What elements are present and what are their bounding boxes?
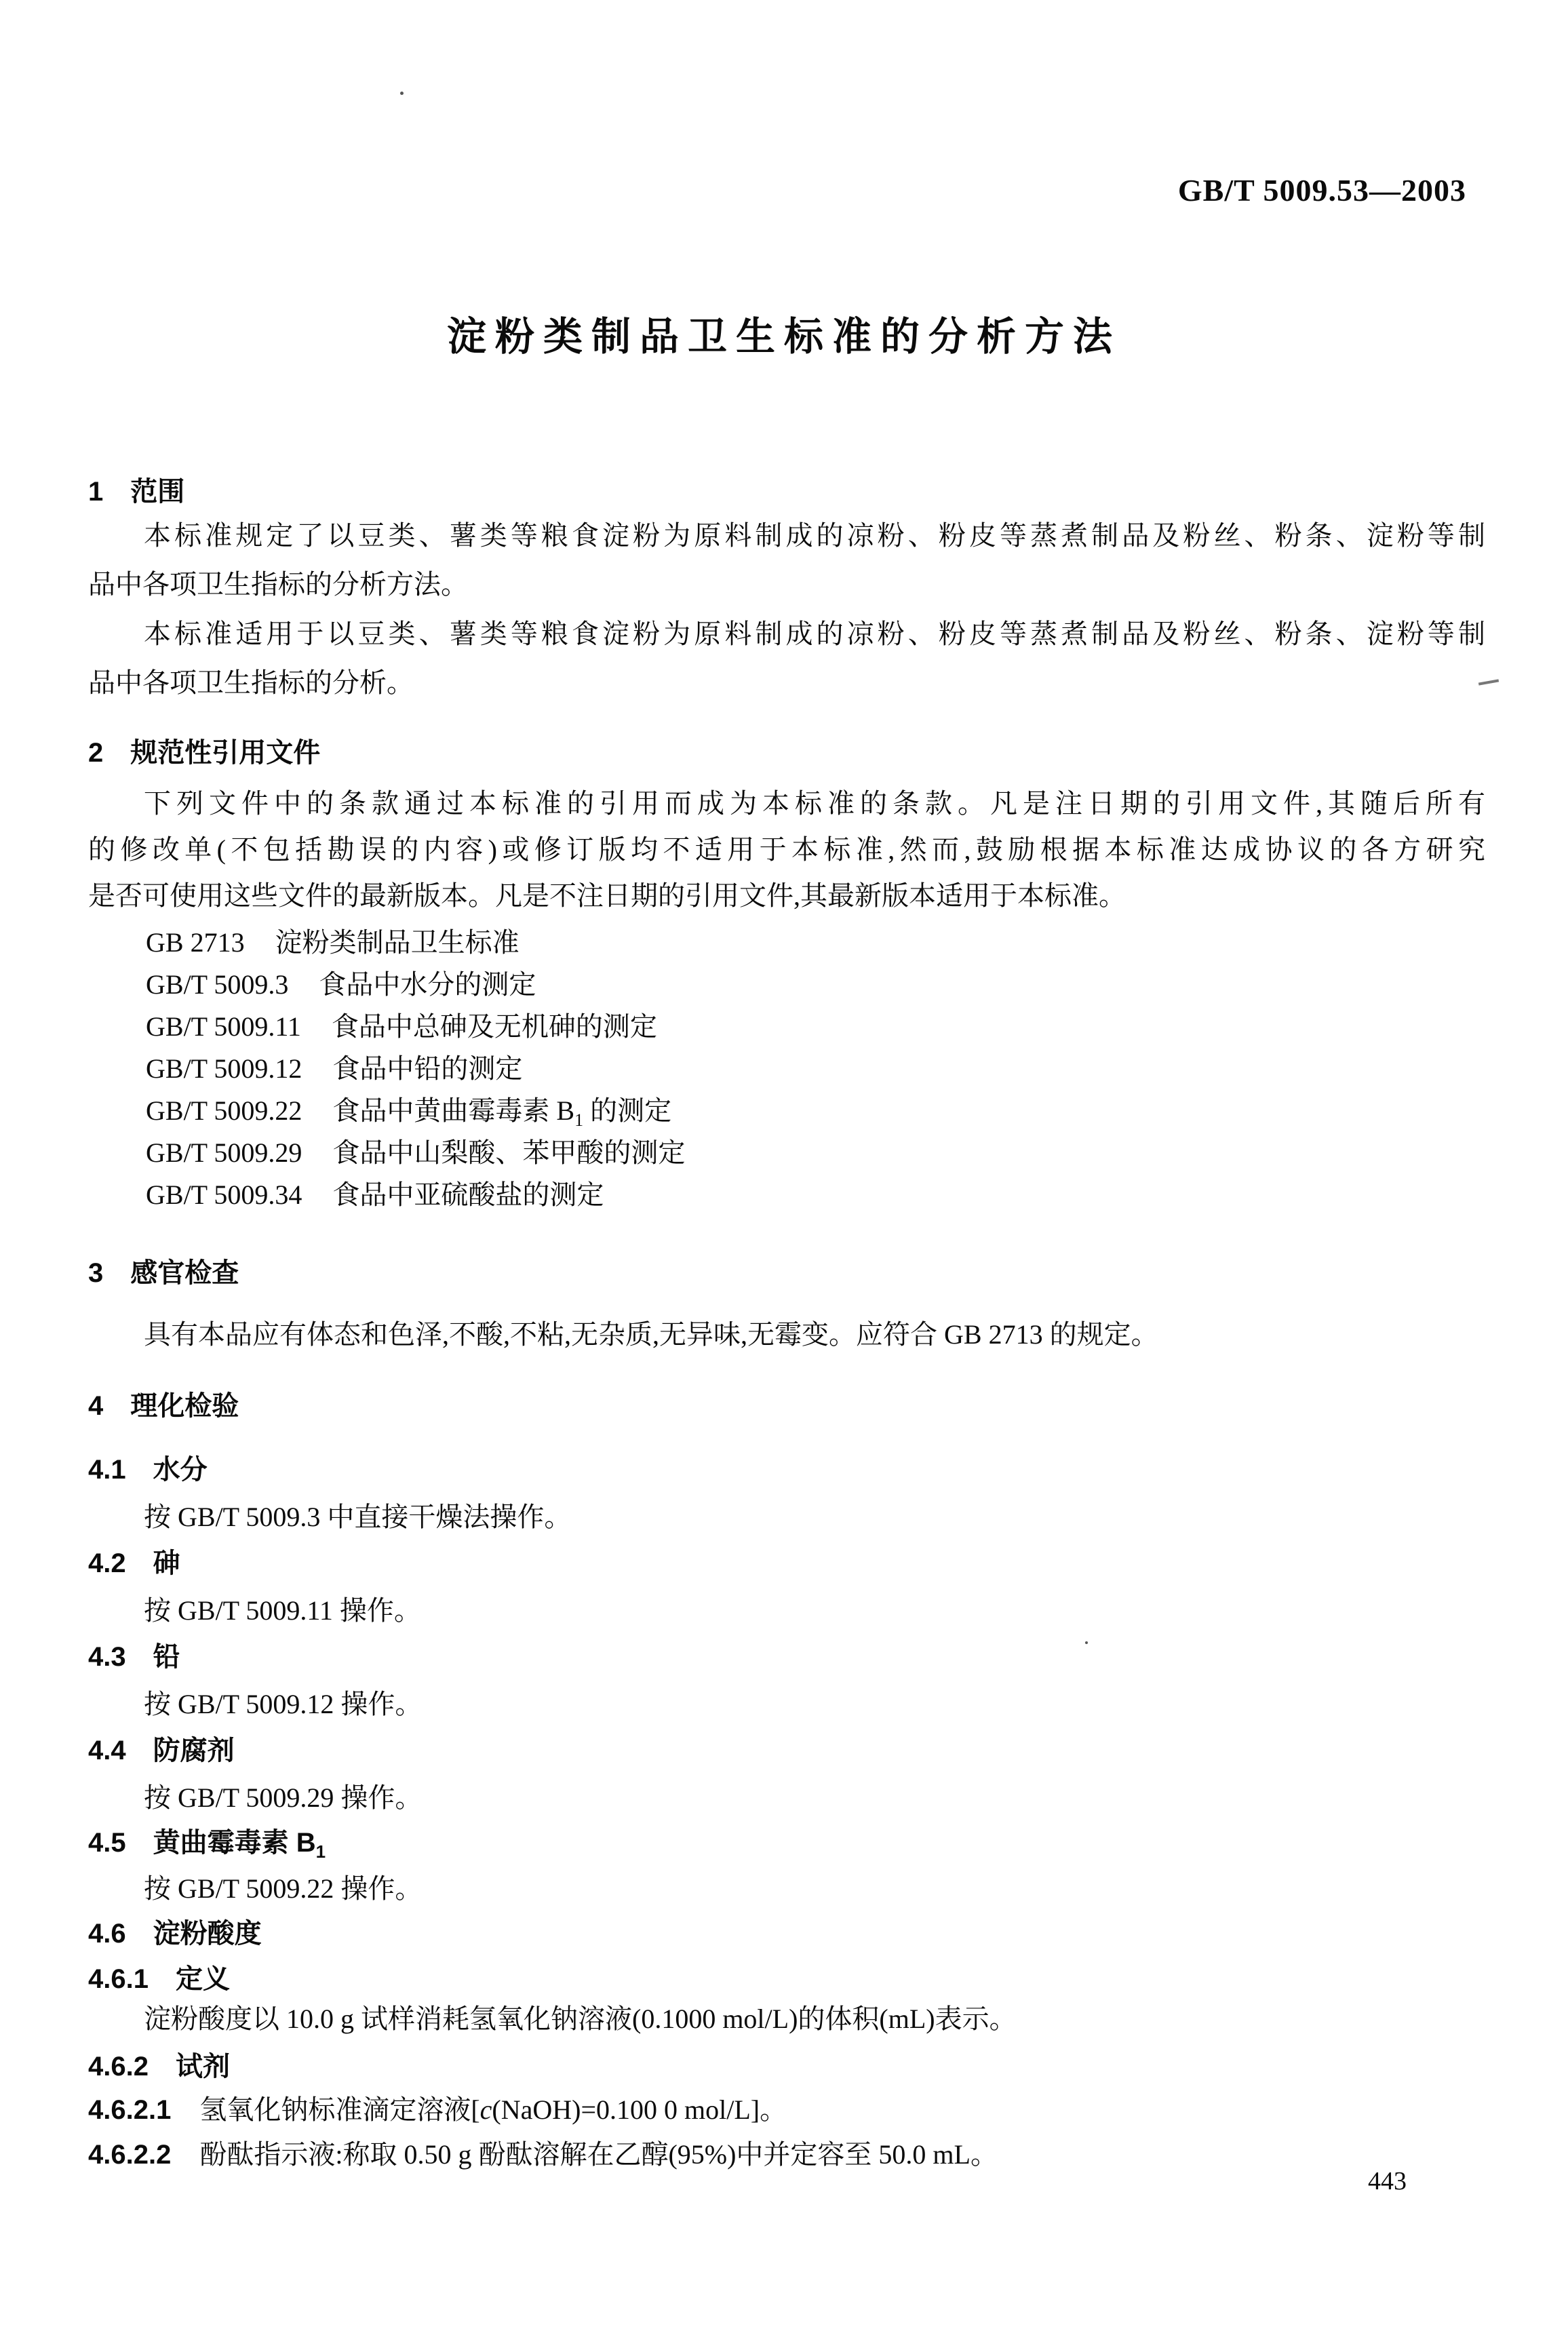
reference-title: 食品中总砷及无机砷的测定 [332,1011,657,1042]
document-page: GB/T 5009.53—2003 淀粉类制品卫生标准的分析方法 1范围 本标准… [0,0,1568,2325]
sensory-check-paragraph: 具有本品应有体态和色泽,不酸,不粘,无杂质,无异味,无霉变。应符合 GB 271… [88,1318,1485,1352]
standard-number: GB/T 5009.53—2003 [1178,172,1466,208]
clause-title: 砷 [153,1548,180,1578]
clause-text: 酚酞指示液:称取 0.50 g 酚酞溶解在乙醇(95%)中并定容至 50.0 m… [199,2139,998,2170]
clause-4-6-2-1: 4.6.2.1氢氧化钠标准滴定溶液[c(NaOH)=0.100 0 mol/L]… [88,2093,1485,2127]
reference-item: GB/T 5009.29食品中山梨酸、苯甲酸的测定 [146,1136,1543,1170]
reference-title: 食品中黄曲霉毒素 B1 的测定 [332,1095,671,1126]
scope-paragraph-1-line-2: 品中各项卫生指标的分析方法。 [88,568,1485,602]
section-4-6-1-heading: 4.6.1定义 [88,1962,1485,1996]
clause-4-6-1-text: 淀粉酸度以 10.0 g 试样消耗氢氧化钠溶液(0.1000 mol/L)的体积… [88,2002,1485,2036]
reference-code: GB 2713 [146,927,245,958]
section-4-5-heading: 4.5黄曲霉毒素 B1 [88,1826,1485,1860]
section-number: 2 [88,736,103,770]
section-3-heading: 3感官检查 [88,1256,1485,1290]
subscript: 1 [316,1841,326,1862]
clause-number: 4.4 [88,1734,126,1767]
reference-title-text: 的测定 [583,1095,671,1126]
reference-item: GB/T 5009.34食品中亚硫酸盐的测定 [146,1178,1543,1212]
reference-code: GB/T 5009.12 [146,1053,302,1084]
clause-4-6-2-2: 4.6.2.2酚酞指示液:称取 0.50 g 酚酞溶解在乙醇(95%)中并定容至… [88,2138,1485,2172]
section-1-heading: 1范围 [88,475,1485,509]
section-title: 感官检查 [130,1258,239,1288]
reference-code: GB/T 5009.29 [146,1137,302,1168]
page-number: 443 [1368,2166,1407,2196]
section-title: 理化检验 [130,1391,239,1421]
clause-4-3-text: 按 GB/T 5009.12 操作。 [88,1687,1485,1721]
section-title: 范围 [130,477,184,507]
reference-title: 食品中山梨酸、苯甲酸的测定 [332,1137,685,1168]
clause-number: 4.3 [88,1640,126,1674]
reference-title: 食品中水分的测定 [319,969,536,1000]
clause-title-text: 黄曲霉毒素 B [153,1828,316,1858]
clause-number: 4.6.2.2 [88,2138,171,2172]
clause-number: 4.6.1 [88,1962,149,1996]
reference-item: GB/T 5009.22食品中黄曲霉毒素 B1 的测定 [146,1094,1543,1128]
section-title: 规范性引用文件 [130,738,320,768]
reference-item: GB/T 5009.12食品中铅的测定 [146,1052,1543,1086]
clause-4-5-text: 按 GB/T 5009.22 操作。 [88,1872,1485,1906]
section-number: 4 [88,1389,103,1423]
clause-4-2-text: 按 GB/T 5009.11 操作。 [88,1594,1485,1628]
clause-title: 防腐剂 [153,1736,235,1765]
reference-code: GB/T 5009.34 [146,1179,302,1210]
reference-code: GB/T 5009.22 [146,1095,302,1126]
scope-paragraph-2-line-2: 品中各项卫生指标的分析。 [88,666,1485,700]
reference-title: 食品中亚硫酸盐的测定 [332,1179,604,1210]
clause-4-4-text: 按 GB/T 5009.29 操作。 [88,1781,1485,1815]
reference-title: 食品中铅的测定 [332,1053,522,1084]
reference-item: GB 2713淀粉类制品卫生标准 [146,926,1543,960]
reference-item: GB/T 5009.11食品中总砷及无机砷的测定 [146,1010,1543,1044]
scope-paragraph-2-line-1: 本标准适用于以豆类、薯类等粮食淀粉为原料制成的凉粉、粉皮等蒸煮制品及粉丝、粉条、… [88,617,1485,651]
clause-number: 4.1 [88,1453,126,1487]
references-intro-line-1: 下列文件中的条款通过本标准的引用而成为本标准的条款。凡是注日期的引用文件,其随后… [88,787,1485,821]
variable-c: c [480,2094,492,2125]
clause-title: 淀粉酸度 [153,1919,262,1949]
clause-text-part: 氢氧化钠标准滴定溶液[ [199,2094,479,2125]
clause-text-part: (NaOH)=0.100 0 mol/L]。 [492,2094,787,2125]
clause-title: 水分 [153,1455,208,1485]
scan-speck [400,92,404,95]
clause-number: 4.6 [88,1917,126,1951]
clause-number: 4.5 [88,1826,126,1860]
scope-paragraph-1-line-1: 本标准规定了以豆类、薯类等粮食淀粉为原料制成的凉粉、粉皮等蒸煮制品及粉丝、粉条、… [88,519,1485,553]
section-4-4-heading: 4.4防腐剂 [88,1734,1485,1767]
clause-number: 4.6.2.1 [88,2093,171,2127]
section-4-2-heading: 4.2砷 [88,1546,1485,1580]
document-title: 淀粉类制品卫生标准的分析方法 [0,313,1568,361]
section-4-heading: 4理化检验 [88,1389,1485,1423]
clause-4-1-text: 按 GB/T 5009.3 中直接干燥法操作。 [88,1500,1485,1534]
clause-title: 黄曲霉毒素 B1 [153,1828,326,1858]
section-number: 3 [88,1256,103,1290]
reference-code: GB/T 5009.11 [146,1011,301,1042]
clause-number: 4.2 [88,1546,126,1580]
section-4-6-heading: 4.6淀粉酸度 [88,1917,1485,1951]
clause-number: 4.6.2 [88,2050,149,2084]
section-number: 1 [88,475,103,509]
section-4-6-2-heading: 4.6.2试剂 [88,2050,1485,2084]
clause-text: 氢氧化钠标准滴定溶液[c(NaOH)=0.100 0 mol/L]。 [199,2094,787,2125]
section-4-1-heading: 4.1水分 [88,1453,1485,1487]
clause-title: 试剂 [176,2052,230,2082]
reference-title: 淀粉类制品卫生标准 [275,927,520,958]
section-2-heading: 2规范性引用文件 [88,736,1485,770]
section-4-3-heading: 4.3铅 [88,1640,1485,1674]
reference-code: GB/T 5009.3 [146,969,288,1000]
reference-title-text: 食品中黄曲霉毒素 B [332,1095,574,1126]
clause-title: 定义 [176,1964,230,1994]
clause-title: 铅 [153,1642,180,1672]
subscript: 1 [574,1110,583,1130]
reference-item: GB/T 5009.3食品中水分的测定 [146,968,1543,1002]
references-intro-line-3: 是否可使用这些文件的最新版本。凡是不注日期的引用文件,其最新版本适用于本标准。 [88,879,1485,913]
references-intro-line-2: 的修改单(不包括勘误的内容)或修订版均不适用于本标准,然而,鼓励根据本标准达成协… [88,833,1485,867]
